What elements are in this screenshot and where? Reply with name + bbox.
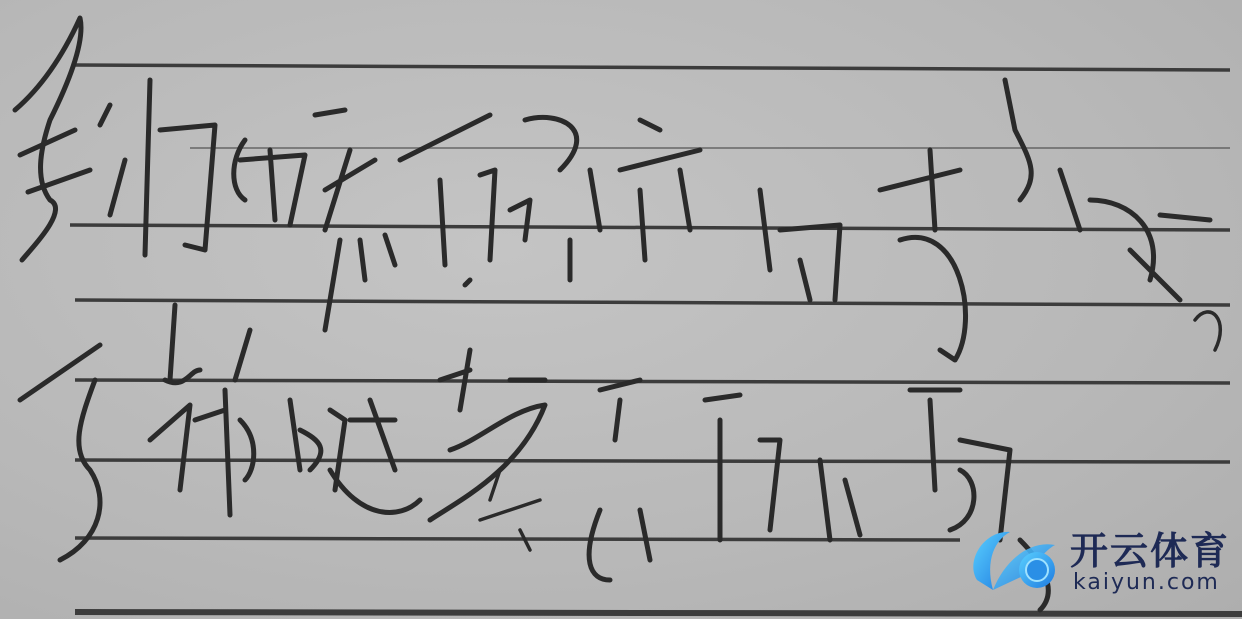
watermark: 开云体育 kaiyun.com <box>955 520 1235 605</box>
watermark-subtitle: kaiyun.com <box>1073 570 1220 595</box>
handwriting-line-2 <box>20 305 1048 610</box>
k-soccer-ball-logo-icon <box>955 520 1065 605</box>
watermark-title: 开云体育 <box>1070 520 1230 575</box>
